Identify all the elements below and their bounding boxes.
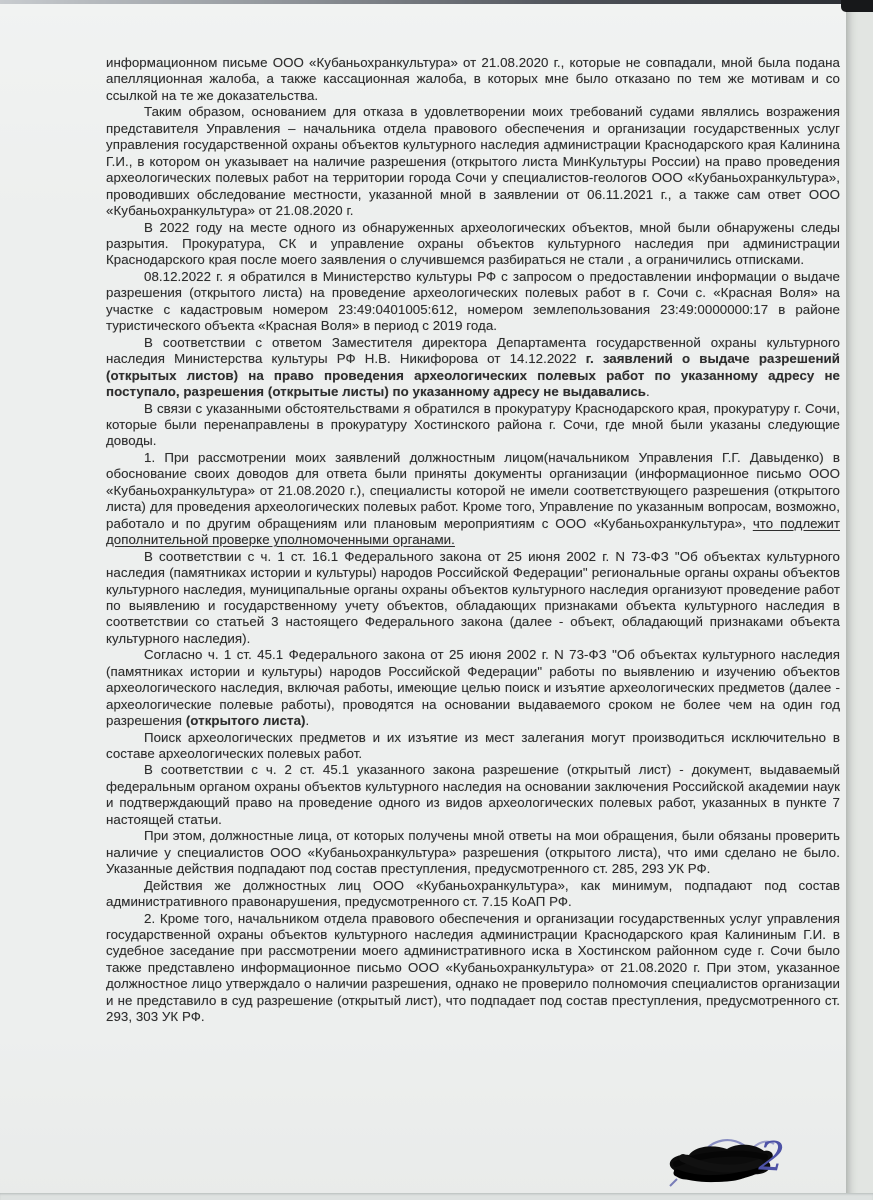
paragraph: Поиск археологических предметов и их изъ… — [106, 730, 840, 763]
scanner-background-strip — [846, 0, 873, 1200]
text-run: В соответствии с ч. 2 ст. 45.1 указанног… — [106, 762, 840, 826]
paragraph: В соответствии с ответом Заместителя дир… — [106, 335, 840, 401]
paragraph: В 2022 году на месте одного из обнаружен… — [106, 220, 840, 269]
redaction-scribble — [653, 1123, 828, 1200]
text-run: Таким образом, основанием для отказа в у… — [106, 104, 840, 218]
text-run: . — [646, 384, 650, 399]
scan-page: информационном письме ООО «Кубаньохранку… — [0, 0, 873, 1200]
text-run: . — [306, 713, 310, 728]
document-body: информационном письме ООО «Кубаньохранку… — [106, 55, 840, 1026]
paragraph: В связи с указанными обстоятельствами я … — [106, 401, 840, 450]
paragraph: Действия же должностных лиц ООО «Кубаньо… — [106, 878, 840, 911]
text-run: 1. При рассмотрении моих заявлений должн… — [106, 450, 840, 531]
handwritten-page-number: 2 — [758, 1136, 786, 1177]
text-run: В соответствии с ч. 1 ст. 16.1 Федеральн… — [106, 549, 840, 646]
scan-edge-top — [0, 0, 873, 4]
handwritten-annotation: 2 — [653, 1123, 828, 1200]
paragraph: Таким образом, основанием для отказа в у… — [106, 104, 840, 219]
text-run: (открытого листа) — [186, 713, 306, 728]
text-run: В 2022 году на месте одного из обнаружен… — [106, 220, 840, 268]
paragraph: информационном письме ООО «Кубаньохранку… — [106, 55, 840, 104]
text-run: Действия же должностных лиц ООО «Кубаньо… — [106, 878, 840, 909]
paragraph: В соответствии с ч. 1 ст. 16.1 Федеральн… — [106, 549, 840, 648]
paragraph: 08.12.2022 г. я обратился в Министерство… — [106, 269, 840, 335]
paragraph: При этом, должностные лица, от которых п… — [106, 828, 840, 877]
pen-stroke-icon — [670, 1179, 677, 1186]
text-run: 2. Кроме того, начальником отдела правов… — [106, 911, 840, 1025]
paragraph: В соответствии с ч. 2 ст. 45.1 указанног… — [106, 762, 840, 828]
text-run: При этом, должностные лица, от которых п… — [106, 828, 840, 876]
paragraph: 2. Кроме того, начальником отдела правов… — [106, 911, 840, 1026]
paragraph: Согласно ч. 1 ст. 45.1 Федерального зако… — [106, 647, 840, 729]
text-run: В связи с указанными обстоятельствами я … — [106, 401, 840, 449]
text-run: 08.12.2022 г. я обратился в Министерство… — [106, 269, 840, 333]
text-run: информационном письме ООО «Кубаньохранку… — [106, 55, 840, 103]
text-run: Поиск археологических предметов и их изъ… — [106, 730, 840, 761]
paragraph: 1. При рассмотрении моих заявлений должн… — [106, 450, 840, 549]
scan-corner-top-right — [841, 0, 873, 12]
